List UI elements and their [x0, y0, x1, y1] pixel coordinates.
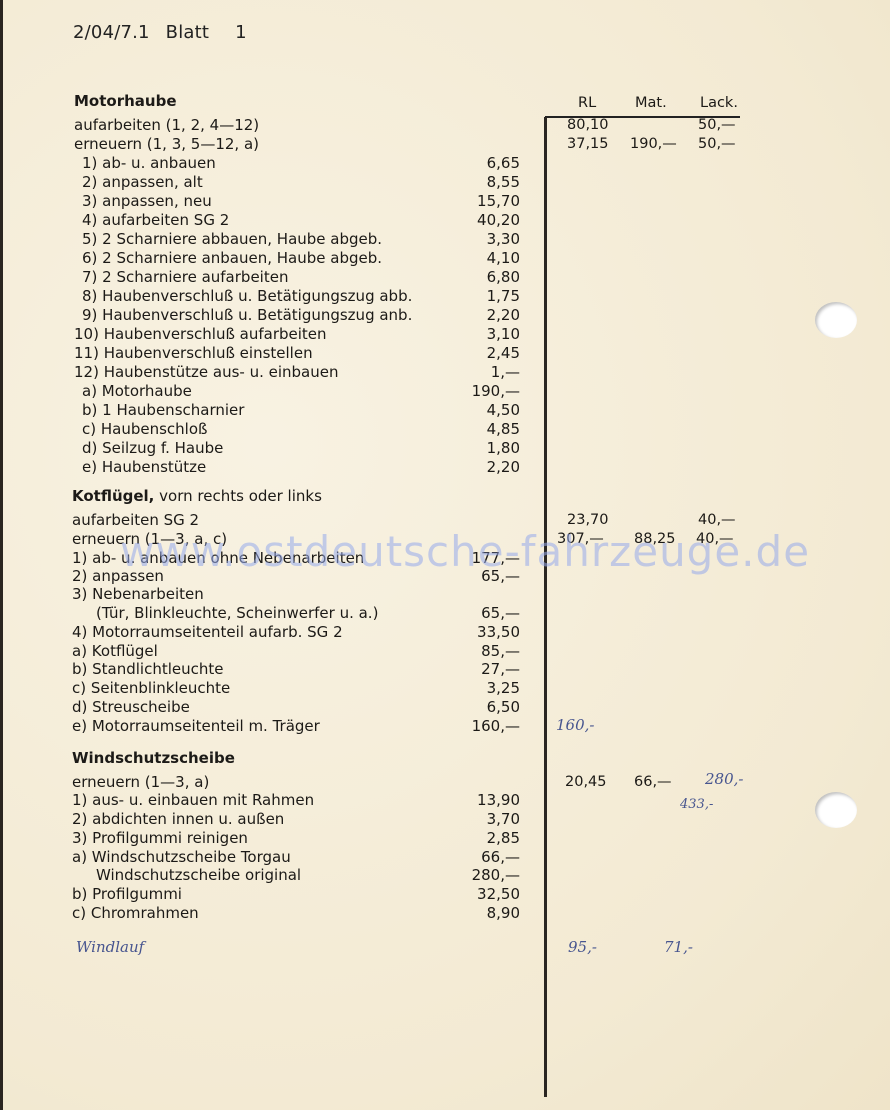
item-value: 32,50	[430, 885, 520, 904]
item-label: a) Motorhaube	[82, 382, 192, 401]
sheet-number: 1	[235, 22, 247, 43]
col-lack: Lack.	[700, 95, 738, 111]
item-label: b) 1 Haubenscharnier	[82, 401, 244, 420]
item-label: 2) abdichten innen u. außen	[72, 810, 284, 829]
sheet-header: 2/04/7.1 Blatt 1	[73, 22, 257, 43]
item-value: 33,50	[430, 623, 520, 642]
item-value: 66,—	[430, 848, 520, 867]
item-value: 4,50	[430, 401, 520, 420]
item-value: 6,50	[430, 698, 520, 717]
item-value: 65,—	[430, 604, 520, 623]
op-rl: 80,10	[567, 116, 609, 135]
item-label: Windschutzscheibe original	[96, 866, 301, 885]
item-label: 6) 2 Scharniere anbauen, Haube abgeb.	[82, 249, 382, 268]
item-label: a) Kotflügel	[72, 642, 158, 661]
item-label: 2) anpassen, alt	[82, 173, 203, 192]
item-label: 11) Haubenverschluß einstellen	[74, 344, 313, 363]
item-label: c) Seitenblinkleuchte	[72, 679, 230, 698]
item-label: a) Windschutzscheibe Torgau	[72, 848, 291, 867]
item-label: b) Standlichtleuchte	[72, 660, 224, 679]
item-label: 8) Haubenverschluß u. Betätigungszug abb…	[82, 287, 412, 306]
document-ref: 2/04/7.1	[73, 22, 150, 43]
handwritten-label: Windlauf	[76, 938, 144, 956]
item-label: 5) 2 Scharniere abbauen, Haube abgeb.	[82, 230, 382, 249]
item-label: 7) 2 Scharniere aufarbeiten	[82, 268, 288, 287]
item-label: 12) Haubenstütze aus- u. einbauen	[74, 363, 339, 382]
punch-hole	[815, 302, 857, 338]
op-label: aufarbeiten (1, 2, 4—12)	[74, 116, 259, 135]
punch-hole	[815, 792, 857, 828]
item-label: c) Haubenschloß	[82, 420, 207, 439]
op-label: erneuern (1, 3, 5—12, a)	[74, 135, 259, 154]
item-value: 6,80	[430, 268, 520, 287]
item-value: 8,90	[430, 904, 520, 923]
item-value: 3,25	[430, 679, 520, 698]
item-value: 1,80	[430, 439, 520, 458]
op-rl: 37,15	[567, 135, 609, 154]
item-label: b) Profilgummi	[72, 885, 182, 904]
item-value: 2,20	[430, 306, 520, 325]
item-value: 3,30	[430, 230, 520, 249]
op-mat: 66,—	[634, 773, 672, 792]
item-label: d) Seilzug f. Haube	[82, 439, 223, 458]
item-label: e) Motorraumseitenteil m. Träger	[72, 717, 320, 736]
section-title-windschutzscheibe: Windschutzscheibe	[72, 749, 235, 768]
item-label: 10) Haubenverschluß aufarbeiten	[74, 325, 327, 344]
item-label: c) Chromrahmen	[72, 904, 199, 923]
item-value: 2,20	[430, 458, 520, 477]
item-value: 2,45	[430, 344, 520, 363]
section-subtitle: vorn rechts oder links	[159, 487, 322, 505]
item-value: 4,10	[430, 249, 520, 268]
item-value: 3,70	[430, 810, 520, 829]
handwritten-note: 433,-	[680, 797, 713, 812]
sheet-label: Blatt	[166, 22, 210, 43]
item-label: 1) aus- u. einbauen mit Rahmen	[72, 791, 314, 810]
op-label: erneuern (1—3, a)	[72, 773, 209, 792]
op-mat: 190,—	[630, 135, 677, 154]
item-value: 13,90	[430, 791, 520, 810]
item-value: 6,65	[430, 154, 520, 173]
item-label: 3) anpassen, neu	[82, 192, 212, 211]
page-left-edge	[0, 0, 3, 1110]
item-value: 160,—	[430, 717, 520, 736]
item-value: 8,55	[430, 173, 520, 192]
handwritten-rl: 95,-	[568, 938, 597, 956]
col-mat: Mat.	[635, 95, 667, 111]
item-label: 3) Nebenarbeiten	[72, 585, 204, 604]
item-label: 1) ab- u. anbauen	[82, 154, 216, 173]
op-lack: 50,—	[698, 116, 736, 135]
item-label: (Tür, Blinkleuchte, Scheinwerfer u. a.)	[96, 604, 378, 623]
item-value: 2,85	[430, 829, 520, 848]
item-label: 4) aufarbeiten SG 2	[82, 211, 229, 230]
item-value: 15,70	[430, 192, 520, 211]
item-label: 4) Motorraumseitenteil aufarb. SG 2	[72, 623, 343, 642]
section-title-motorhaube: Motorhaube	[74, 92, 177, 111]
item-label: 9) Haubenverschluß u. Betätigungszug anb…	[82, 306, 412, 325]
item-value: 3,10	[430, 325, 520, 344]
op-rl: 20,45	[565, 773, 607, 792]
col-rl: RL	[578, 95, 596, 111]
op-lack: 50,—	[698, 135, 736, 154]
handwritten-mat: 71,-	[664, 938, 693, 956]
item-label: 3) Profilgummi reinigen	[72, 829, 248, 848]
item-value: 27,—	[430, 660, 520, 679]
section-title-kotfluegel: Kotflügel, vorn rechts oder links	[72, 487, 322, 506]
item-value: 4,85	[430, 420, 520, 439]
item-value: 85,—	[430, 642, 520, 661]
handwritten-note: 280,-	[705, 770, 743, 788]
handwritten-note: 160,-	[556, 716, 594, 734]
section-title: Kotflügel,	[72, 487, 154, 505]
item-value: 1,75	[430, 287, 520, 306]
item-value: 280,—	[430, 866, 520, 885]
item-label: e) Haubenstütze	[82, 458, 206, 477]
watermark: www.ostdeutsche-fahrzeuge.de	[120, 527, 810, 576]
column-divider	[544, 117, 547, 1097]
item-label: d) Streuscheibe	[72, 698, 190, 717]
item-value: 40,20	[430, 211, 520, 230]
item-value: 190,—	[430, 382, 520, 401]
item-value: 1,—	[430, 363, 520, 382]
